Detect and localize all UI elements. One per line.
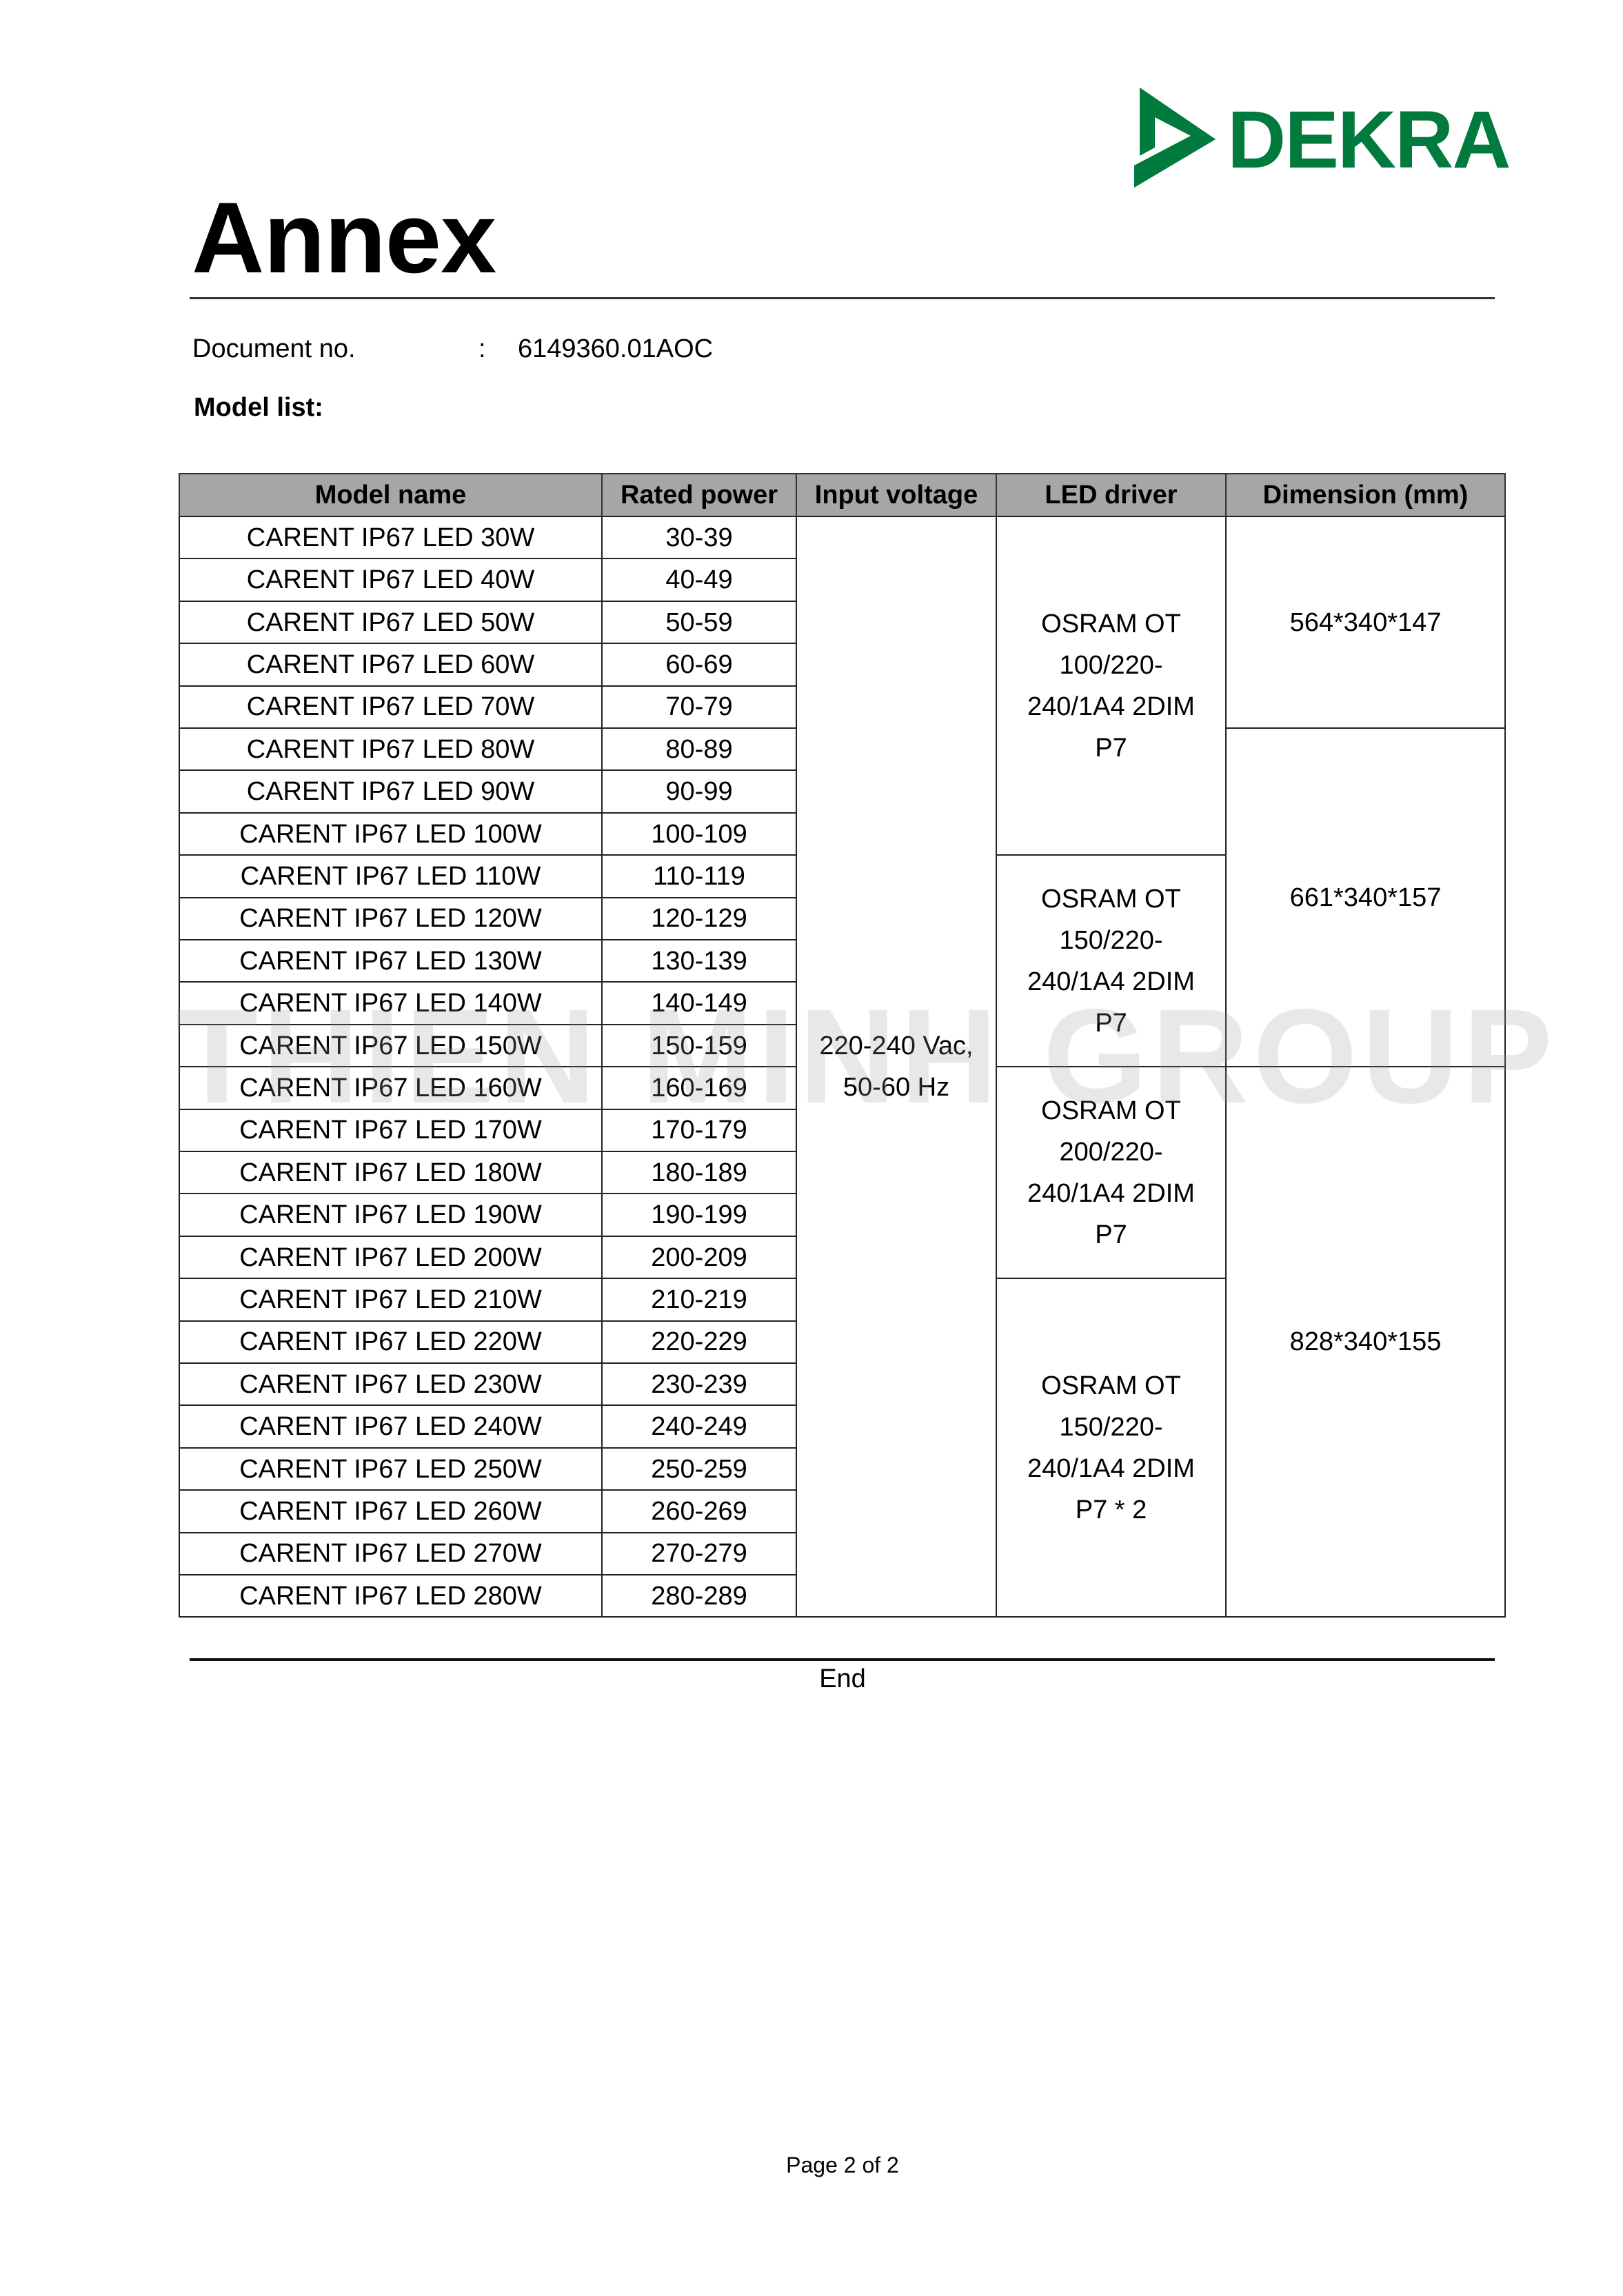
table-cell-model: CARENT IP67 LED 180W: [179, 1151, 603, 1194]
table-cell-rated-power: 280-289: [601, 1574, 797, 1618]
table-cell-model: CARENT IP67 LED 250W: [179, 1447, 603, 1491]
table-cell-model: CARENT IP67 LED 190W: [179, 1193, 603, 1236]
table-cell-rated-power: 100-109: [601, 812, 797, 856]
table-cell-model: CARENT IP67 LED 40W: [179, 558, 603, 601]
table-cell-rated-power: 230-239: [601, 1362, 797, 1406]
document-number-label: Document no.: [192, 336, 356, 362]
model-table: Model nameRated powerInput voltageLED dr…: [179, 474, 1505, 1617]
header-input-voltage: Input voltage: [796, 473, 997, 517]
table-cell-rated-power: 150-159: [601, 1024, 797, 1067]
table-cell-rated-power: 110-119: [601, 854, 797, 898]
end-divider: [190, 1658, 1495, 1661]
dekra-logo-text: DEKRA: [1227, 99, 1510, 181]
table-cell-model: CARENT IP67 LED 140W: [179, 981, 603, 1025]
table-cell-model: CARENT IP67 LED 240W: [179, 1404, 603, 1448]
table-cell-rated-power: 190-199: [601, 1193, 797, 1236]
table-cell-rated-power: 160-169: [601, 1066, 797, 1109]
table-cell-model: CARENT IP67 LED 130W: [179, 939, 603, 983]
table-cell-rated-power: 200-209: [601, 1236, 797, 1279]
table-cell-led-driver: OSRAM OT 150/220- 240/1A4 2DIM P7: [996, 854, 1227, 1067]
table-cell-rated-power: 130-139: [601, 939, 797, 983]
table-cell-model: CARENT IP67 LED 70W: [179, 685, 603, 729]
table-cell-rated-power: 210-219: [601, 1278, 797, 1321]
table-cell-model: CARENT IP67 LED 60W: [179, 643, 603, 686]
table-cell-model: CARENT IP67 LED 220W: [179, 1320, 603, 1364]
table-cell-led-driver: OSRAM OT 200/220- 240/1A4 2DIM P7: [996, 1066, 1227, 1279]
table-cell-rated-power: 140-149: [601, 981, 797, 1025]
title-divider: [190, 297, 1495, 299]
table-cell-led-driver: OSRAM OT 100/220- 240/1A4 2DIM P7: [996, 516, 1227, 856]
table-cell-rated-power: 80-89: [601, 727, 797, 771]
end-marker: End: [0, 1664, 1623, 1694]
table-cell-model: CARENT IP67 LED 50W: [179, 601, 603, 644]
table-cell-rated-power: 90-99: [601, 769, 797, 813]
table-cell-led-driver: OSRAM OT 150/220- 240/1A4 2DIM P7 * 2: [996, 1278, 1227, 1618]
page-title: Annex: [192, 188, 496, 288]
table-cell-model: CARENT IP67 LED 160W: [179, 1066, 603, 1109]
table-cell-model: CARENT IP67 LED 120W: [179, 897, 603, 940]
table-cell-input-voltage: 220-240 Vac, 50-60 Hz: [796, 516, 997, 1618]
table-cell-model: CARENT IP67 LED 210W: [179, 1278, 603, 1321]
table-cell-dimension: 828*340*155: [1225, 1066, 1506, 1618]
table-cell-rated-power: 270-279: [601, 1532, 797, 1575]
table-cell-rated-power: 170-179: [601, 1109, 797, 1152]
table-cell-rated-power: 260-269: [601, 1489, 797, 1533]
header-rated-power: Rated power: [601, 473, 797, 517]
table-cell-rated-power: 220-229: [601, 1320, 797, 1364]
header-dimension: Dimension (mm): [1225, 473, 1506, 517]
page-number: Page 2 of 2: [0, 2153, 1623, 2178]
document-number-separator: :: [478, 336, 486, 362]
table-cell-model: CARENT IP67 LED 260W: [179, 1489, 603, 1533]
table-cell-model: CARENT IP67 LED 280W: [179, 1574, 603, 1618]
table-cell-dimension: 564*340*147: [1225, 516, 1506, 729]
model-list-heading: Model list:: [194, 394, 323, 421]
header-led-driver: LED driver: [996, 473, 1227, 517]
dekra-logo: DEKRA: [1134, 84, 1496, 188]
table-cell-model: CARENT IP67 LED 30W: [179, 516, 603, 559]
header-model-name: Model name: [179, 473, 603, 517]
document-number-value: 6149360.01AOC: [518, 336, 713, 362]
table-cell-rated-power: 240-249: [601, 1404, 797, 1448]
table-cell-model: CARENT IP67 LED 100W: [179, 812, 603, 856]
table-cell-rated-power: 120-129: [601, 897, 797, 940]
table-cell-model: CARENT IP67 LED 230W: [179, 1362, 603, 1406]
table-cell-model: CARENT IP67 LED 90W: [179, 769, 603, 813]
table-cell-rated-power: 180-189: [601, 1151, 797, 1194]
table-cell-rated-power: 250-259: [601, 1447, 797, 1491]
table-cell-model: CARENT IP67 LED 150W: [179, 1024, 603, 1067]
table-cell-model: CARENT IP67 LED 270W: [179, 1532, 603, 1575]
table-cell-dimension: 661*340*157: [1225, 727, 1506, 1067]
table-cell-rated-power: 70-79: [601, 685, 797, 729]
table-cell-model: CARENT IP67 LED 170W: [179, 1109, 603, 1152]
table-cell-model: CARENT IP67 LED 200W: [179, 1236, 603, 1279]
table-cell-model: CARENT IP67 LED 110W: [179, 854, 603, 898]
table-cell-rated-power: 50-59: [601, 601, 797, 644]
table-cell-rated-power: 30-39: [601, 516, 797, 559]
table-cell-rated-power: 60-69: [601, 643, 797, 686]
table-cell-model: CARENT IP67 LED 80W: [179, 727, 603, 771]
table-cell-rated-power: 40-49: [601, 558, 797, 601]
